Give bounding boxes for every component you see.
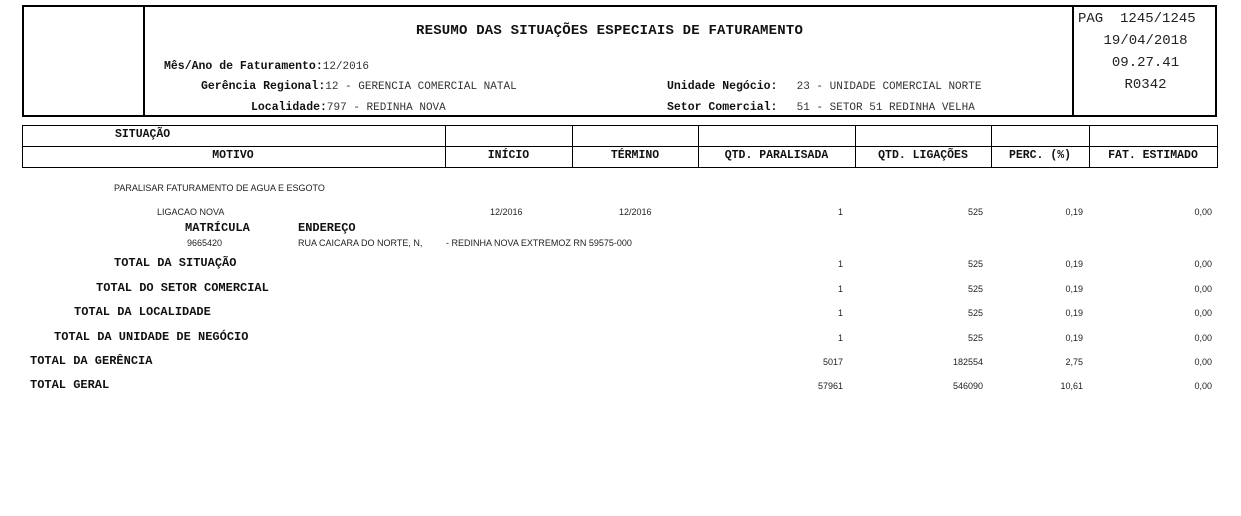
motivo-fat-estimado: 0,00 [1130,207,1212,217]
total-label: TOTAL DA GERÊNCIA [30,354,152,368]
filter-gerencia: Gerência Regional:12 - GERENCIA COMERCIA… [201,76,517,94]
total-qtd-ligacoes: 525 [900,284,983,294]
total-perc: 0,19 [1000,308,1083,318]
column-header-perc: PERC. (%) [991,149,1089,162]
total-qtd-paralisada: 5017 [760,357,843,367]
total-qtd-ligacoes: 525 [900,308,983,318]
endereco-label: ENDEREÇO [298,221,356,235]
total-qtd-paralisada: 1 [760,284,843,294]
total-fat-estimado: 0,00 [1130,259,1212,269]
total-perc: 0,19 [1000,284,1083,294]
total-fat-estimado: 0,00 [1130,284,1212,294]
filter-unidade: Unidade Negócio: 23 - UNIDADE COMERCIAL … [667,76,981,94]
logo-area [24,7,145,115]
total-fat-estimado: 0,00 [1130,357,1212,367]
endereco-value-1: RUA CAICARA DO NORTE, N, [298,238,422,248]
column-header-qtd-ligacoes: QTD. LIGAÇÕES [855,149,991,162]
total-qtd-ligacoes: 546090 [900,381,983,391]
motivo-qtd-paralisada: 1 [760,207,843,217]
motivo-name: LIGACAO NOVA [157,207,224,217]
motivo-inicio: 12/2016 [490,207,523,217]
column-header-fat-estimado: FAT. ESTIMADO [1089,149,1217,162]
total-fat-estimado: 0,00 [1130,381,1212,391]
endereco-value-2: - REDINHA NOVA EXTREMOZ RN 59575-000 [446,238,632,248]
report-time: 09.27.41 [1074,55,1217,71]
total-perc: 2,75 [1000,357,1083,367]
total-fat-estimado: 0,00 [1130,333,1212,343]
matricula-value: 9665420 [187,238,222,248]
filter-setor: Setor Comercial: 51 - SETOR 51 REDINHA V… [667,97,975,115]
total-fat-estimado: 0,00 [1130,308,1212,318]
report-code: R0342 [1074,77,1217,93]
filter-mes-ano: Mês/Ano de Faturamento:12/2016 [164,56,369,74]
column-header-qtd-paralisada: QTD. PARALISADA [698,149,855,162]
column-header-motivo: MOTIVO [22,149,444,162]
matricula-label: MATRÍCULA [185,221,250,235]
total-qtd-ligacoes: 182554 [900,357,983,367]
total-qtd-paralisada: 57961 [760,381,843,391]
total-qtd-ligacoes: 525 [900,259,983,269]
total-label: TOTAL DA SITUAÇÃO [114,256,236,270]
column-header-inicio: INÍCIO [445,149,572,162]
total-qtd-ligacoes: 525 [900,333,983,343]
report-title: RESUMO DAS SITUAÇÕES ESPECIAIS DE FATURA… [416,23,803,39]
report-date: 19/04/2018 [1074,33,1217,49]
total-qtd-paralisada: 1 [760,308,843,318]
situacao-name: PARALISAR FATURAMENTO DE AGUA E ESGOTO [114,183,325,193]
total-qtd-paralisada: 1 [760,333,843,343]
total-qtd-paralisada: 1 [760,259,843,269]
column-header-situacao: SITUAÇÃO [115,128,170,141]
total-perc: 0,19 [1000,333,1083,343]
motivo-perc: 0,19 [1000,207,1083,217]
total-label: TOTAL GERAL [30,378,109,392]
total-label: TOTAL DA LOCALIDADE [74,305,211,319]
total-perc: 0,19 [1000,259,1083,269]
page-label: PAG [1078,11,1103,27]
total-label: TOTAL DO SETOR COMERCIAL [96,281,269,295]
column-header-termino: TÉRMINO [572,149,698,162]
motivo-qtd-ligacoes: 525 [900,207,983,217]
total-perc: 10,61 [1000,381,1083,391]
page-number: PAG 1245/1245 [1078,11,1196,27]
page-value: 1245/1245 [1120,11,1196,27]
total-label: TOTAL DA UNIDADE DE NEGÓCIO [54,330,248,344]
filter-localidade: Localidade:797 - REDINHA NOVA [251,97,446,115]
motivo-termino: 12/2016 [619,207,652,217]
